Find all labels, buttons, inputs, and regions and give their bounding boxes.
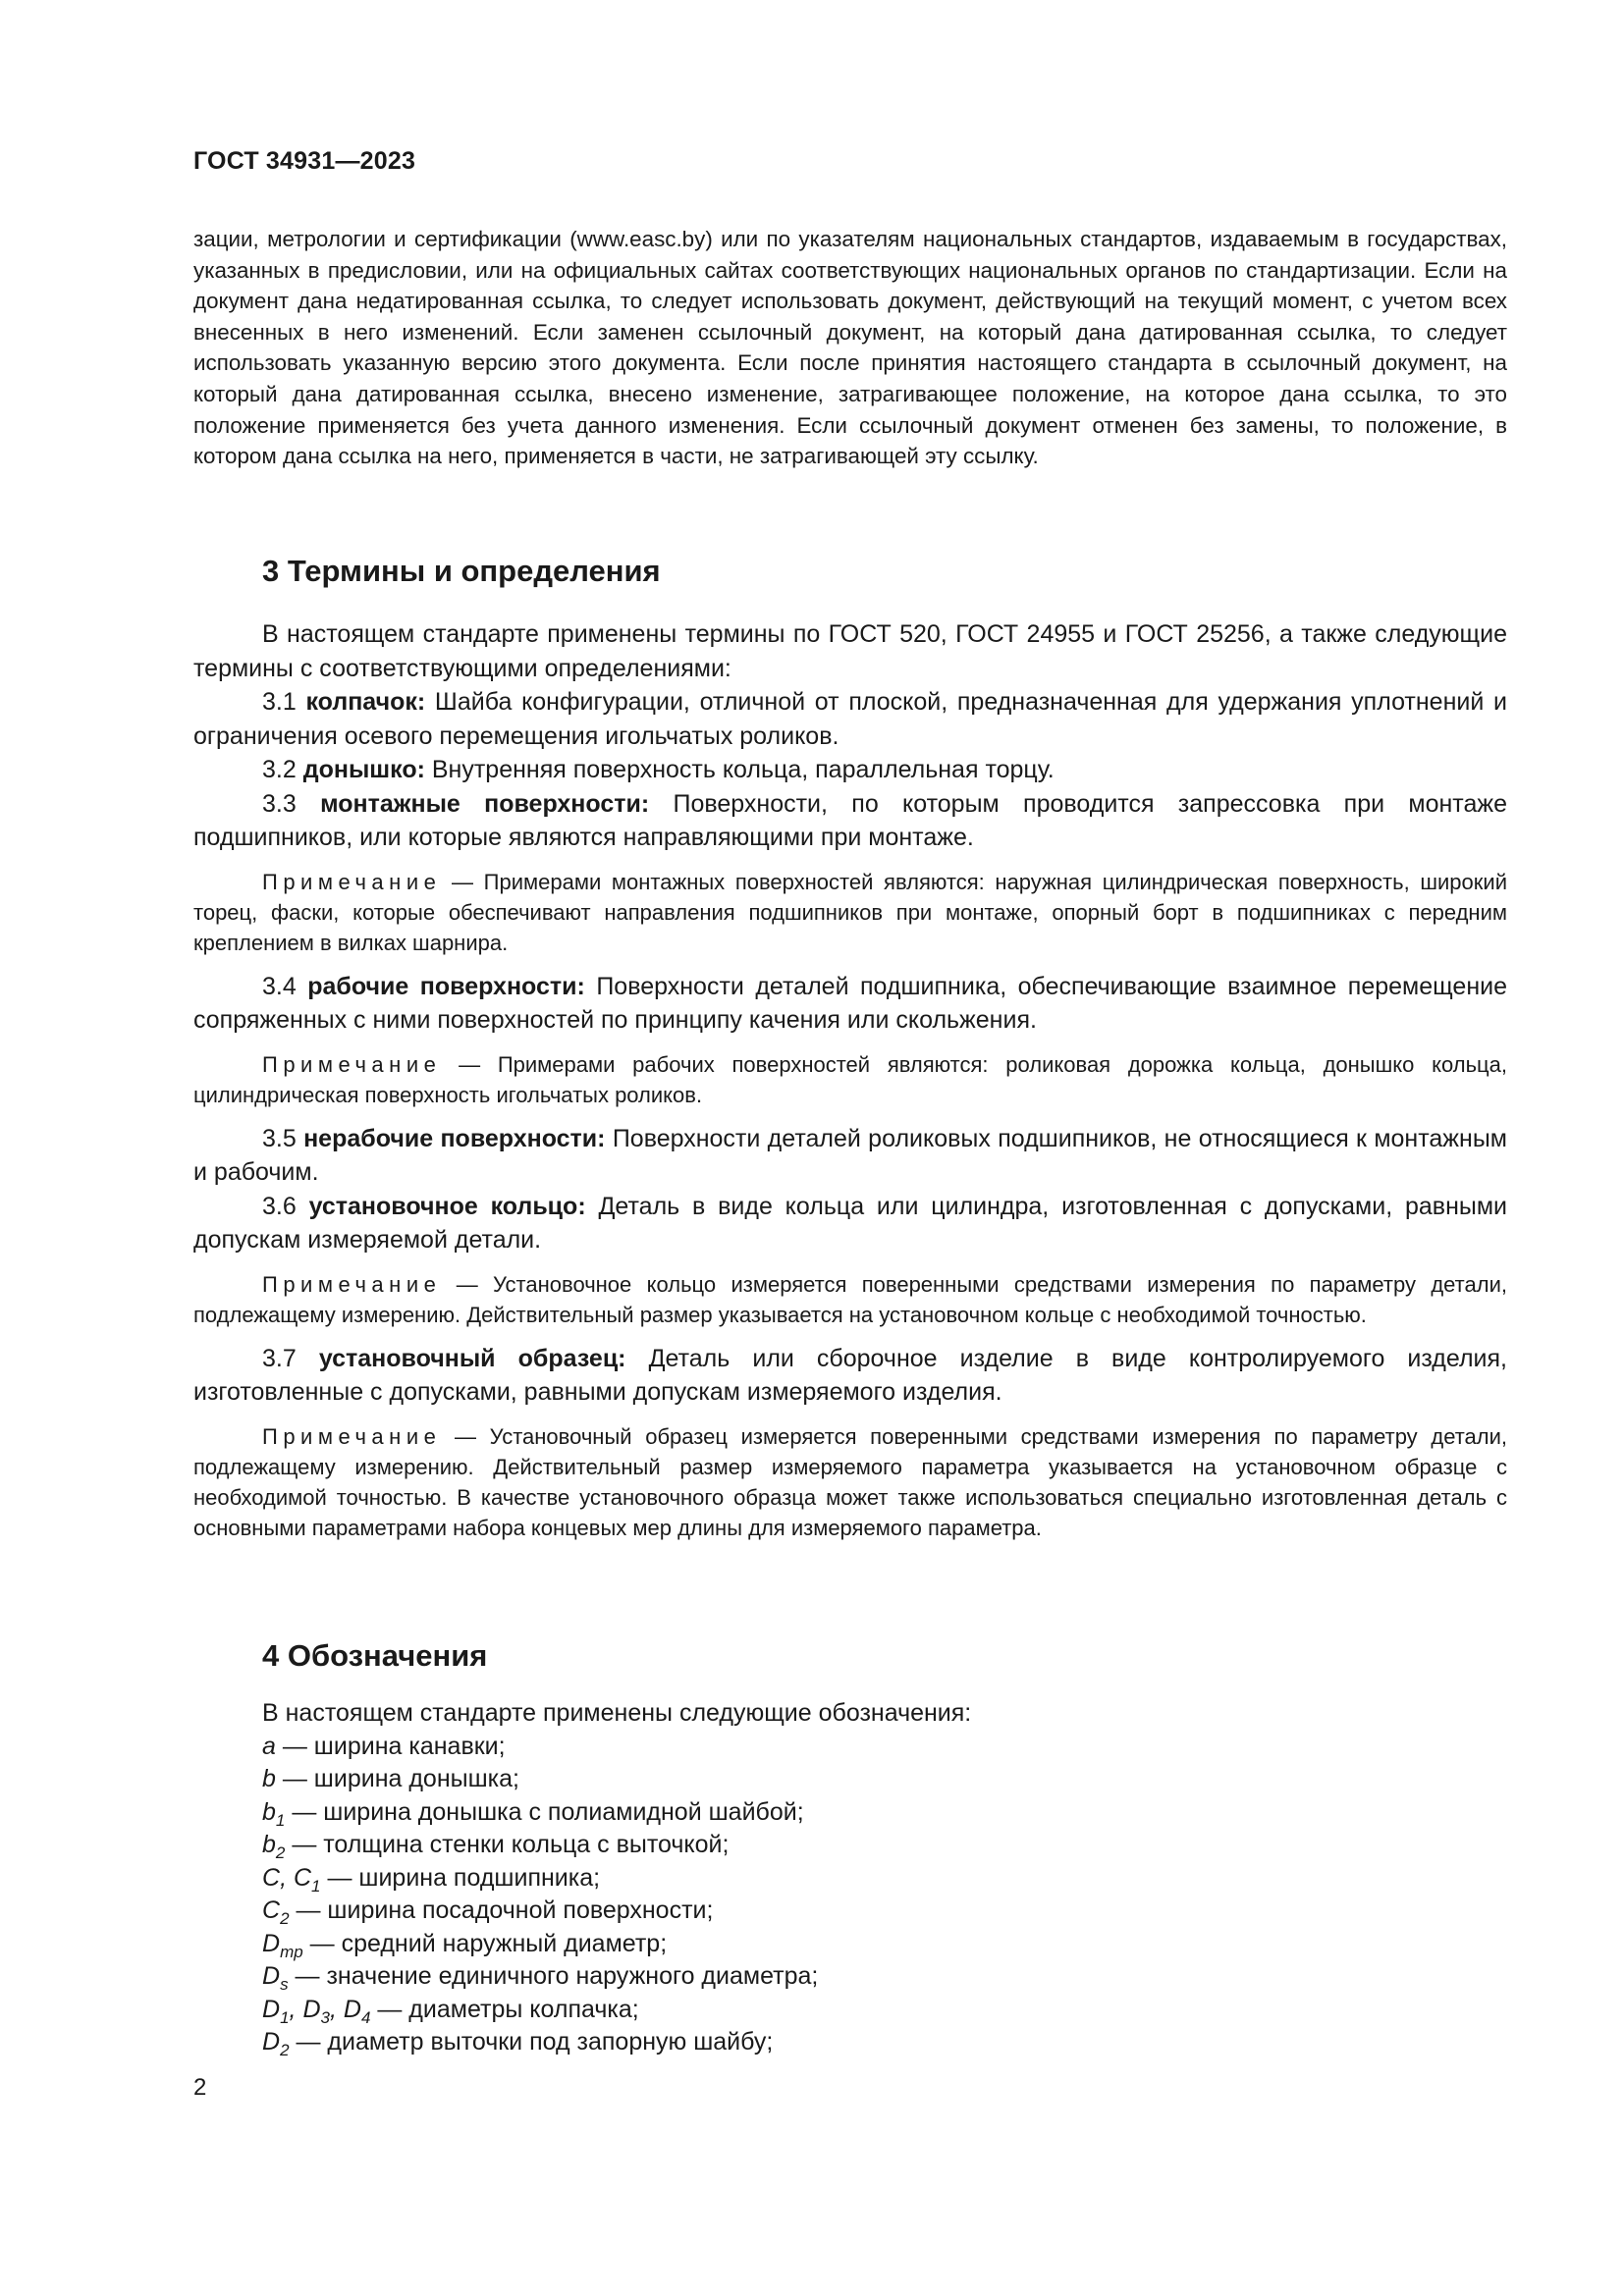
term-name: рабочие поверхности: [307,973,585,1000]
symbol-description: — ширина канавки; [276,1733,506,1760]
term-3-2: 3.2 донышко: Внутренняя поверхность коль… [193,753,1507,787]
symbol-description: — ширина донышка; [276,1765,519,1792]
term-3-3: 3.3 монтажные поверхности: Поверхности, … [193,787,1507,855]
symbol: a [262,1733,276,1760]
symbol-description: — ширина подшипника; [321,1864,601,1892]
term-note: Примечание — Примерами рабочих поверхнос… [193,1049,1507,1110]
term-definition: Внутренняя поверхность кольца, параллель… [425,756,1055,783]
term-number: 3.6 [262,1193,309,1220]
term-name: установочный образец: [319,1345,626,1372]
note-label: Примечание [262,870,441,894]
term-number: 3.7 [262,1345,319,1372]
term-3-7: 3.7 установочный образец: Деталь или сбо… [193,1342,1507,1410]
symbol-description: — диаметр выточки под запорную шайбу; [290,2028,774,2056]
term-name: колпачок: [305,688,425,716]
term-number: 3.4 [262,973,307,1000]
term-number: 3.1 [262,688,305,716]
symbol-item: b — ширина донышка; [193,1763,1507,1796]
section-4-body: В настоящем стандарте применены следующи… [193,1697,1507,2059]
symbol-description: — значение единичного наружного диаметра… [289,1962,819,1990]
symbol-description: — ширина посадочной поверхности; [290,1896,714,1924]
symbol-item: D2 — диаметр выточки под запорную шайбу; [193,2026,1507,2059]
symbol-item: a — ширина канавки; [193,1731,1507,1764]
symbol: b2 [262,1831,285,1858]
symbol-item: Ds — значение единичного наружного диаме… [193,1960,1507,1994]
symbol: b1 [262,1798,285,1826]
intro-paragraph: зации, метрологии и сертификации (www.ea… [193,224,1507,472]
term-note: Примечание — Установочное кольцо измеряе… [193,1269,1507,1330]
symbol: C, C1 [262,1864,321,1892]
document-header: ГОСТ 34931—2023 [193,147,415,176]
symbol-item: C2 — ширина посадочной поверхности; [193,1895,1507,1928]
term-3-6: 3.6 установочное кольцо: Деталь в виде к… [193,1190,1507,1257]
term-3-5: 3.5 нерабочие поверхности: Поверхности д… [193,1122,1507,1190]
symbol: Ds [262,1962,289,1990]
page-number: 2 [193,2074,206,2102]
term-name: нерабочие поверхности: [303,1125,605,1152]
symbol-item: b2 — толщина стенки кольца с выточкой; [193,1829,1507,1862]
symbol: D2 [262,2028,290,2056]
symbol-description: — толщина стенки кольца с выточкой; [285,1831,729,1858]
symbol-item: b1 — ширина донышка с полиамидной шайбой… [193,1796,1507,1830]
symbol-item: Dmp — средний наружный диаметр; [193,1928,1507,1961]
term-name: установочное кольцо: [309,1193,586,1220]
term-number: 3.3 [262,790,320,818]
symbol-description: — ширина донышка с полиамидной шайбой; [285,1798,803,1826]
note-label: Примечание [262,1052,441,1077]
symbol: Dmp [262,1930,303,1957]
note-label: Примечание [262,1424,441,1449]
symbol-item: D1, D3, D4 — диаметры колпачка; [193,1994,1507,2027]
symbol-description: — диаметры колпачка; [370,1996,638,2023]
section-4-heading: 4 Обозначения [262,1638,487,1674]
term-number: 3.5 [262,1125,303,1152]
term-note: Примечание — Установочный образец измеря… [193,1421,1507,1543]
section-4-intro: В настоящем стандарте применены следующи… [193,1697,1507,1731]
note-label: Примечание [262,1272,441,1297]
symbol: C2 [262,1896,290,1924]
section-3-intro: В настоящем стандарте применены термины … [193,617,1507,685]
term-name: монтажные поверхности: [320,790,649,818]
term-note: Примечание — Примерами монтажных поверхн… [193,867,1507,958]
symbol: D1, D3, D4 [262,1996,370,2023]
term-name: донышко: [303,756,425,783]
section-3-heading: 3 Термины и определения [262,554,661,589]
symbol-item: C, C1 — ширина подшипника; [193,1862,1507,1896]
section-3-body: В настоящем стандарте применены термины … [193,617,1507,1543]
term-3-1: 3.1 колпачок: Шайба конфигурации, отличн… [193,685,1507,753]
term-3-4: 3.4 рабочие поверхности: Поверхности дет… [193,970,1507,1038]
symbol: b [262,1765,276,1792]
symbol-description: — средний наружный диаметр; [303,1930,667,1957]
term-number: 3.2 [262,756,303,783]
